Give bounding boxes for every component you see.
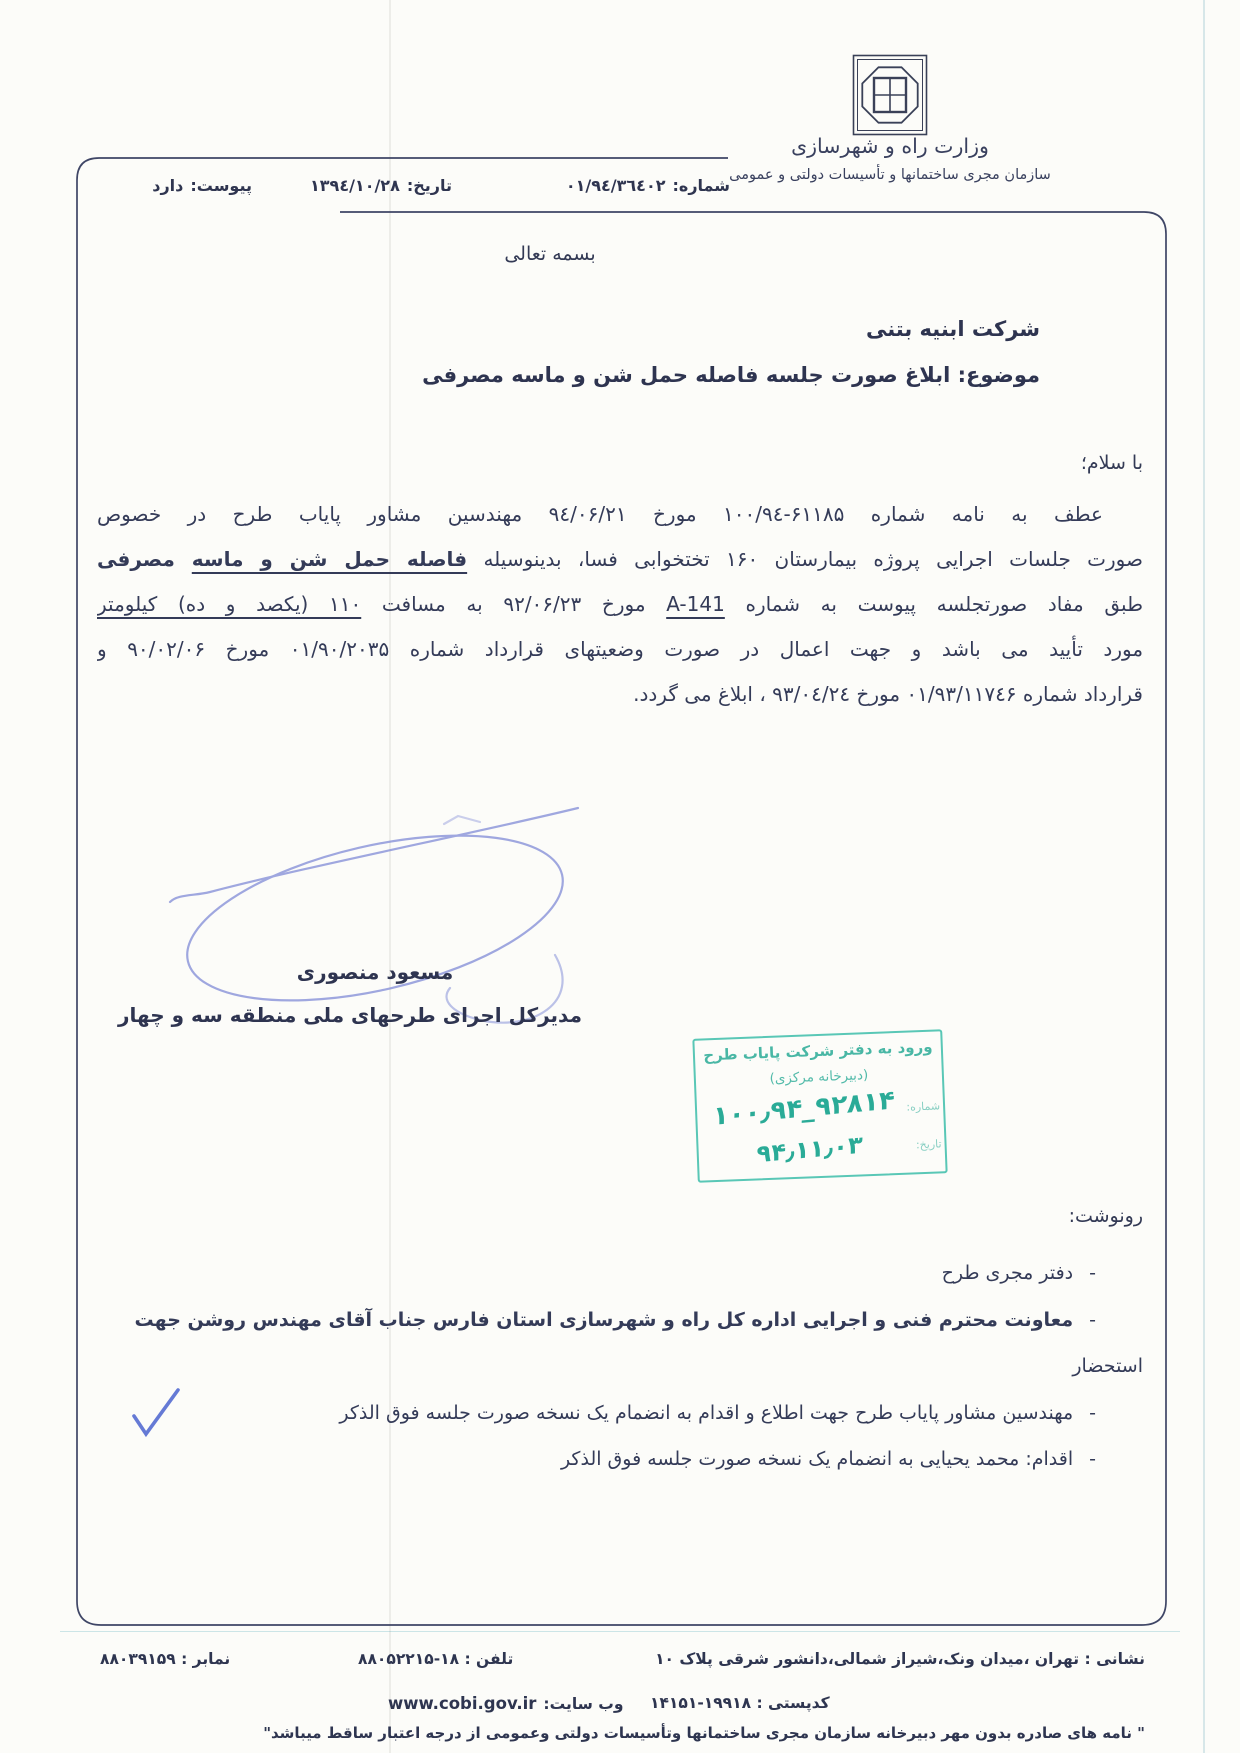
body-line-1: عطف به نامه شماره ۶۱۱۸۵-۱۰۰/۹٤ مورخ ۹٤/۰… bbox=[97, 492, 1143, 537]
letter-body: عطف به نامه شماره ۶۱۱۸۵-۱۰۰/۹٤ مورخ ۹٤/۰… bbox=[97, 492, 1143, 717]
besmele-heading: بسمه تعالی bbox=[470, 243, 630, 265]
cc-item-project-office: - دفتر مجری طرح bbox=[97, 1250, 1143, 1297]
footer-website: وب سایت:www.cobi.gov.ir bbox=[388, 1694, 624, 1713]
stamp-line-1: ورود به دفتر شرکت پایاب طرح bbox=[695, 1037, 942, 1064]
letter-date-value: ۱۳۹٤/۱۰/۲۸ bbox=[310, 176, 400, 195]
footer-fax: نمابر : ۸۸۰۳۹۱۵۹ bbox=[100, 1650, 230, 1668]
scanned-letter-page: وزارت راه و شهرسازی سازمان مجری ساختمانه… bbox=[0, 0, 1240, 1753]
cc-item-text: معاونت محترم فنی و اجرایی اداره کل راه و… bbox=[135, 1297, 1074, 1344]
body-line-2: صورت جلسات اجرایی پروژه بیمارستان ۱۶۰ تخ… bbox=[97, 537, 1143, 582]
footer-website-label: وب سایت: bbox=[543, 1695, 623, 1713]
letter-date-field: تاریخ:۱۳۹٤/۱۰/۲۸ bbox=[310, 176, 452, 195]
cc-item-deputy-continuation: استحضار bbox=[97, 1343, 1143, 1390]
attachment-label: پیوست: bbox=[190, 176, 252, 195]
footer-disclaimer: " نامه های صادره بدون مهر دبیرخانه سازما… bbox=[263, 1724, 1145, 1742]
organization-name: سازمان مجری ساختمانها و تأسیسات دولتی و … bbox=[705, 167, 1075, 183]
receipt-stamp: ورود به دفتر شرکت پایاب طرح (دبیرخانه مر… bbox=[692, 1029, 947, 1182]
bullet-dash: - bbox=[1089, 1390, 1096, 1437]
body-line-3-mid: مورخ ۹۲/۰۶/۲۳ به مسافت bbox=[361, 592, 666, 616]
ministry-name: وزارت راه و شهرسازی bbox=[760, 134, 1020, 158]
stamp-date-handwritten: ۹۴٫۱۱٫۰۳ bbox=[756, 1131, 863, 1169]
attachment-field: پیوست:دارد bbox=[152, 176, 252, 195]
body-line-3-text: طبق مفاد صورتجلسه پیوست به شماره bbox=[725, 592, 1143, 616]
bullet-dash: - bbox=[1089, 1436, 1096, 1483]
cc-heading: رونوشت: bbox=[1069, 1205, 1143, 1227]
bullet-dash: - bbox=[1089, 1297, 1096, 1344]
stamp-line-2: (دبیرخانه مرکزی) bbox=[696, 1064, 942, 1089]
body-line-2-tail: مصرفی bbox=[97, 547, 192, 571]
body-line-3: طبق مفاد صورتجلسه پیوست به شماره A-141 م… bbox=[97, 582, 1143, 627]
cc-item-consultant: - مهندسین مشاور پایاب طرح جهت اطلاع و اق… bbox=[97, 1390, 1143, 1437]
recipient-name: شرکت ابنیه بتنی bbox=[866, 317, 1040, 341]
body-line-1-text: عطف به نامه شماره ۶۱۱۸۵-۱۰۰/۹٤ مورخ ۹٤/۰… bbox=[97, 502, 1103, 526]
letter-date-label: تاریخ: bbox=[407, 176, 452, 195]
attachment-value: دارد bbox=[152, 176, 183, 195]
underlined-phrase-haul-distance: فاصله حمل شن و ماسه bbox=[192, 547, 467, 571]
cc-item-text: دفتر مجری طرح bbox=[942, 1250, 1074, 1297]
cc-item-text: مهندسین مشاور پایاب طرح جهت اطلاع و اقدا… bbox=[339, 1390, 1073, 1437]
footer-phone: تلفن : ۱۸-۸۸۰۵۲۲۱۵ bbox=[358, 1650, 513, 1668]
cc-item-text: اقدام: محمد یحیایی به انضمام یک نسخه صور… bbox=[561, 1436, 1073, 1483]
approval-check-icon bbox=[126, 1384, 186, 1440]
bullet-dash: - bbox=[1089, 1250, 1096, 1297]
letter-number-field: شماره:۰۱/۹٤/۳٦٤۰۲ bbox=[566, 176, 730, 195]
letter-number-label: شماره: bbox=[672, 176, 730, 195]
body-line-5-text: قرارداد شماره ۰۱/۹۳/۱۱۷٤۶ مورخ ۹۳/۰٤/۲٤ … bbox=[633, 682, 1143, 706]
stamp-number-handwritten: ۱۰۰٫۹۴_۹۲۸۱۴ bbox=[712, 1085, 895, 1132]
body-line-2-text: صورت جلسات اجرایی پروژه بیمارستان ۱۶۰ تخ… bbox=[467, 547, 1143, 571]
cc-item-action: - اقدام: محمد یحیایی به انضمام یک نسخه ص… bbox=[97, 1436, 1143, 1483]
cc-list: - دفتر مجری طرح - معاونت محترم فنی و اجر… bbox=[97, 1250, 1143, 1483]
cc-item-deputy: - معاونت محترم فنی و اجرایی اداره کل راه… bbox=[97, 1297, 1143, 1344]
body-line-4-text: مورد تأیید می باشد و جهت اعمال در صورت و… bbox=[97, 637, 1143, 661]
stamp-number-label: شماره: bbox=[906, 1099, 940, 1113]
ministry-logo-icon bbox=[852, 54, 928, 136]
cc-item-text: استحضار bbox=[1072, 1343, 1143, 1390]
signatory-title: مدیرکل اجرای طرحهای ملی منطقه سه و چهار bbox=[105, 1003, 595, 1027]
footer-address: نشانی : تهران ،میدان ونک،شیراز شمالی،دان… bbox=[655, 1650, 1145, 1668]
body-line-4: مورد تأیید می باشد و جهت اعمال در صورت و… bbox=[97, 627, 1143, 672]
salutation: با سلام؛ bbox=[1081, 452, 1143, 474]
body-line-5: قرارداد شماره ۰۱/۹۳/۱۱۷٤۶ مورخ ۹۳/۰٤/۲٤ … bbox=[97, 672, 1143, 717]
footer-postal-code: کدپستی : ۱۹۹۱۸-۱۴۱۵۱ bbox=[650, 1694, 830, 1712]
underlined-distance-value: ۱۱۰ (یکصد و ده) کیلومتر bbox=[97, 592, 361, 616]
signatory-name: مسعود منصوری bbox=[270, 960, 480, 984]
footer-website-url: www.cobi.gov.ir bbox=[388, 1694, 536, 1713]
letter-number-value: ۰۱/۹٤/۳٦٤۰۲ bbox=[566, 176, 666, 195]
subject-line: موضوع: ابلاغ صورت جلسه فاصله حمل شن و ما… bbox=[422, 363, 1040, 387]
underlined-doc-number: A-141 bbox=[666, 592, 725, 616]
stamp-date-label: تاریخ: bbox=[916, 1137, 942, 1151]
